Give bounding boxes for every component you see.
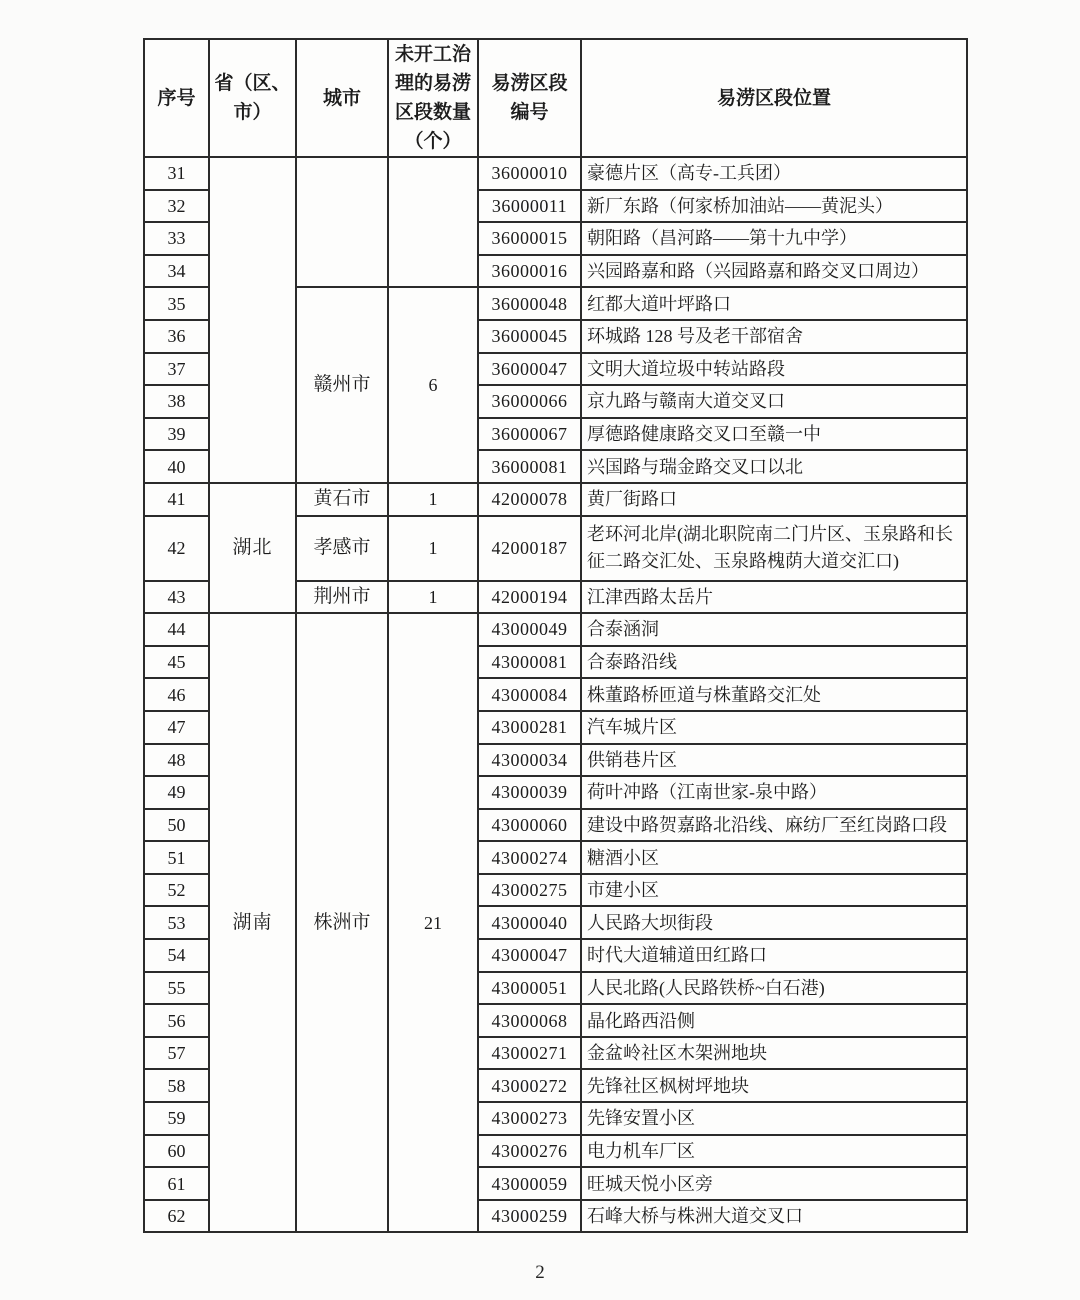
- cell-code: 36000081: [478, 450, 581, 483]
- cell-location: 人民北路(人民路铁桥~白石港): [581, 972, 967, 1005]
- cell-serial: 57: [144, 1037, 209, 1070]
- cell-serial: 39: [144, 418, 209, 451]
- header-cell-city: 城市: [296, 39, 388, 157]
- cell-location: 兴国路与瑞金路交叉口以北: [581, 450, 967, 483]
- cell-location: 金盆岭社区木架洲地块: [581, 1037, 967, 1070]
- cell-province: 湖南: [209, 613, 296, 1232]
- cell-code: 43000049: [478, 613, 581, 646]
- cell-serial: 55: [144, 972, 209, 1005]
- cell-code: 36000066: [478, 385, 581, 418]
- cell-location: 建设中路贺嘉路北沿线、麻纺厂至红岗路口段: [581, 809, 967, 842]
- cell-serial: 58: [144, 1069, 209, 1102]
- cell-code: 43000059: [478, 1167, 581, 1200]
- cell-city: [296, 157, 388, 287]
- cell-code: 36000067: [478, 418, 581, 451]
- cell-code: 36000048: [478, 287, 581, 320]
- page-number: 2: [0, 1262, 1080, 1284]
- cell-serial: 59: [144, 1102, 209, 1135]
- cell-city: 孝感市: [296, 516, 388, 581]
- cell-code: 43000081: [478, 646, 581, 679]
- cell-location: 兴园路嘉和路（兴园路嘉和路交叉口周边）: [581, 255, 967, 288]
- cell-code: 36000015: [478, 222, 581, 255]
- cell-location: 文明大道垃圾中转站路段: [581, 353, 967, 386]
- cell-code: 43000040: [478, 906, 581, 939]
- cell-code: 43000272: [478, 1069, 581, 1102]
- cell-serial: 50: [144, 809, 209, 842]
- cell-location: 豪德片区（高专-工兵团）: [581, 157, 967, 190]
- cell-code: 43000275: [478, 874, 581, 907]
- cell-serial: 56: [144, 1004, 209, 1037]
- cell-province: 湖北: [209, 483, 296, 613]
- cell-location: 红都大道叶坪路口: [581, 287, 967, 320]
- cell-serial: 36: [144, 320, 209, 353]
- cell-location: 供销巷片区: [581, 744, 967, 777]
- cell-serial: 38: [144, 385, 209, 418]
- header-cell-code: 易涝区段编号: [478, 39, 581, 157]
- cell-location: 黄厂街路口: [581, 483, 967, 516]
- cell-code: 36000011: [478, 190, 581, 223]
- cell-location: 合泰路沿线: [581, 646, 967, 679]
- document-page: 序号 省（区、市） 城市 未开工治理的易涝区段数量（个） 易涝区段编号 易涝区段…: [0, 0, 1080, 1300]
- cell-location: 汽车城片区: [581, 711, 967, 744]
- cell-code: 43000051: [478, 972, 581, 1005]
- cell-serial: 37: [144, 353, 209, 386]
- cell-location: 时代大道辅道田红路口: [581, 939, 967, 972]
- cell-code: 42000187: [478, 516, 581, 581]
- cell-code: 43000281: [478, 711, 581, 744]
- header-cell-location: 易涝区段位置: [581, 39, 967, 157]
- cell-city: 赣州市: [296, 287, 388, 483]
- cell-serial: 42: [144, 516, 209, 581]
- cell-serial: 51: [144, 841, 209, 874]
- cell-serial: 31: [144, 157, 209, 190]
- cell-location: 市建小区: [581, 874, 967, 907]
- cell-location: 人民路大坝街段: [581, 906, 967, 939]
- cell-code: 43000047: [478, 939, 581, 972]
- cell-serial: 43: [144, 581, 209, 614]
- cell-code: 43000271: [478, 1037, 581, 1070]
- cell-count: 1: [388, 483, 478, 516]
- cell-code: 43000034: [478, 744, 581, 777]
- cell-location: 合泰涵洞: [581, 613, 967, 646]
- cell-city: 荆州市: [296, 581, 388, 614]
- cell-code: 36000016: [478, 255, 581, 288]
- cell-code: 43000274: [478, 841, 581, 874]
- table-row: 44湖南株洲市2143000049合泰涵洞: [144, 613, 967, 646]
- cell-serial: 49: [144, 776, 209, 809]
- cell-code: 36000045: [478, 320, 581, 353]
- cell-count: 21: [388, 613, 478, 1232]
- cell-serial: 45: [144, 646, 209, 679]
- cell-location: 先锋安置小区: [581, 1102, 967, 1135]
- cell-location: 厚德路健康路交叉口至赣一中: [581, 418, 967, 451]
- cell-serial: 48: [144, 744, 209, 777]
- cell-serial: 53: [144, 906, 209, 939]
- header-cell-serial: 序号: [144, 39, 209, 157]
- cell-location: 先锋社区枫树坪地块: [581, 1069, 967, 1102]
- cell-count: 1: [388, 516, 478, 581]
- cell-code: 36000010: [478, 157, 581, 190]
- cell-serial: 40: [144, 450, 209, 483]
- cell-code: 43000273: [478, 1102, 581, 1135]
- cell-serial: 60: [144, 1135, 209, 1168]
- cell-serial: 32: [144, 190, 209, 223]
- cell-province: [209, 157, 296, 483]
- cell-city: 黄石市: [296, 483, 388, 516]
- cell-serial: 47: [144, 711, 209, 744]
- cell-code: 42000078: [478, 483, 581, 516]
- cell-location: 江津西路太岳片: [581, 581, 967, 614]
- cell-serial: 44: [144, 613, 209, 646]
- cell-serial: 35: [144, 287, 209, 320]
- cell-location: 晶化路西沿侧: [581, 1004, 967, 1037]
- cell-location: 环城路 128 号及老干部宿舍: [581, 320, 967, 353]
- cell-location: 新厂东路（何家桥加油站——黄泥头）: [581, 190, 967, 223]
- cell-location: 老环河北岸(湖北职院南二门片区、玉泉路和长征二路交汇处、玉泉路槐荫大道交汇口): [581, 516, 967, 581]
- cell-serial: 33: [144, 222, 209, 255]
- header-cell-count: 未开工治理的易涝区段数量（个）: [388, 39, 478, 157]
- cell-location: 石峰大桥与株洲大道交叉口: [581, 1200, 967, 1233]
- cell-city: 株洲市: [296, 613, 388, 1232]
- table-header-row: 序号 省（区、市） 城市 未开工治理的易涝区段数量（个） 易涝区段编号 易涝区段…: [144, 39, 967, 157]
- cell-serial: 62: [144, 1200, 209, 1233]
- cell-code: 36000047: [478, 353, 581, 386]
- header-cell-province: 省（区、市）: [209, 39, 296, 157]
- cell-code: 43000084: [478, 678, 581, 711]
- cell-location: 荷叶冲路（江南世家-泉中路）: [581, 776, 967, 809]
- cell-serial: 41: [144, 483, 209, 516]
- cell-code: 43000060: [478, 809, 581, 842]
- cell-location: 电力机车厂区: [581, 1135, 967, 1168]
- table-row: 3136000010豪德片区（高专-工兵团）: [144, 157, 967, 190]
- cell-location: 京九路与赣南大道交叉口: [581, 385, 967, 418]
- flood-sections-table: 序号 省（区、市） 城市 未开工治理的易涝区段数量（个） 易涝区段编号 易涝区段…: [143, 38, 968, 1233]
- cell-serial: 61: [144, 1167, 209, 1200]
- cell-serial: 52: [144, 874, 209, 907]
- cell-code: 43000276: [478, 1135, 581, 1168]
- table-row: 41湖北黄石市142000078黄厂街路口: [144, 483, 967, 516]
- cell-location: 株董路桥匝道与株董路交汇处: [581, 678, 967, 711]
- cell-code: 42000194: [478, 581, 581, 614]
- cell-code: 43000068: [478, 1004, 581, 1037]
- cell-serial: 46: [144, 678, 209, 711]
- cell-count: 6: [388, 287, 478, 483]
- cell-serial: 54: [144, 939, 209, 972]
- cell-count: [388, 157, 478, 287]
- cell-count: 1: [388, 581, 478, 614]
- cell-serial: 34: [144, 255, 209, 288]
- cell-code: 43000259: [478, 1200, 581, 1233]
- cell-location: 糖酒小区: [581, 841, 967, 874]
- cell-location: 朝阳路（昌河路——第十九中学）: [581, 222, 967, 255]
- cell-code: 43000039: [478, 776, 581, 809]
- cell-location: 旺城天悦小区旁: [581, 1167, 967, 1200]
- table-body: 3136000010豪德片区（高专-工兵团）3236000011新厂东路（何家桥…: [144, 157, 967, 1232]
